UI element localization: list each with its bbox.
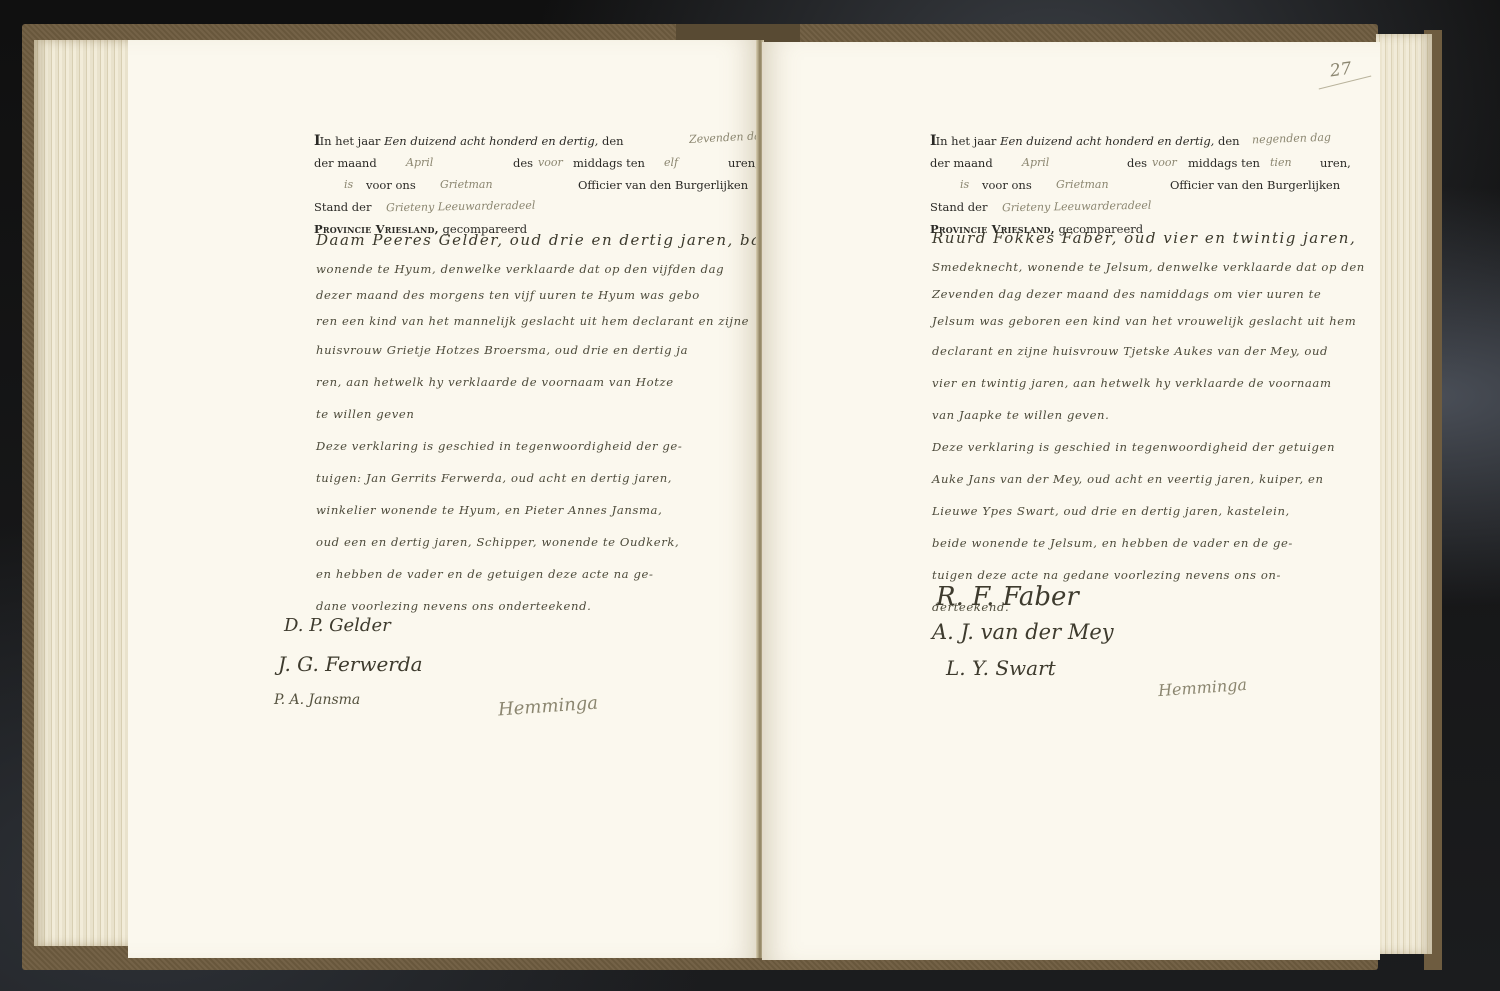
signature-father: R. F. Faber xyxy=(936,582,1079,612)
body-line: Zevenden dag dezer maand des namiddags o… xyxy=(932,281,1372,308)
body-line: huisvrouw Grietje Hotzes Broersma, oud d… xyxy=(316,334,776,366)
body-line: beide wonende te Jelsum, en hebben de va… xyxy=(932,527,1372,559)
left-page: IIn het jaar Een duizend acht honderd en… xyxy=(128,40,758,958)
body-line: oud een en dertig jaren, Schipper, wonen… xyxy=(316,526,776,558)
signature-witness-2: P. A. Jansma xyxy=(274,692,360,708)
body-line: Daam Peeres Gelder, oud drie en dertig j… xyxy=(316,224,776,256)
printed-text: voor ons xyxy=(366,174,416,196)
left-handwritten-body: Daam Peeres Gelder, oud drie en dertig j… xyxy=(316,224,776,622)
body-line: Deze verklaring is geschied in tegenwoor… xyxy=(316,430,776,462)
form-line-month: der maand April des voor middags ten tie… xyxy=(930,152,1350,174)
form-line-official: is voor ons Grietman Officier van den Bu… xyxy=(314,174,766,196)
signature-witness-2: L. Y. Swart xyxy=(946,656,1056,680)
signature-witness-1: J. G. Ferwerda xyxy=(278,652,423,676)
printed-text: den xyxy=(1218,134,1240,148)
body-line: winkelier wonende te Hyum, en Pieter Ann… xyxy=(316,494,776,526)
printed-text: uren, xyxy=(1320,152,1351,174)
handwritten-is: is xyxy=(960,174,969,196)
right-page: IIn het jaar Een duizend acht honderd en… xyxy=(762,42,1380,960)
body-line: Jelsum was geboren een kind van het vrou… xyxy=(932,308,1372,335)
handwritten-voor: voor xyxy=(1152,152,1177,174)
body-line: tuigen: Jan Gerrits Ferwerda, oud acht e… xyxy=(316,462,776,494)
right-page-stack xyxy=(1376,34,1432,954)
handwritten-month: April xyxy=(1022,152,1049,174)
printed-text: der maand xyxy=(314,156,377,170)
body-line: ren een kind van het mannelijk geslacht … xyxy=(316,308,776,334)
handwritten-hour: elf xyxy=(664,152,678,174)
body-line: Lieuwe Ypes Swart, oud drie en dertig ja… xyxy=(932,495,1372,527)
printed-text: voor ons xyxy=(982,174,1032,196)
form-line-stand: Stand der Grieteny Leeuwarderadeel xyxy=(930,196,1350,218)
body-line: Deze verklaring is geschied in tegenwoor… xyxy=(932,431,1372,463)
body-line: dezer maand des morgens ten vijf uuren t… xyxy=(316,282,776,308)
handwritten-official: Grietman xyxy=(1056,174,1109,196)
handwritten-official: Grietman xyxy=(440,174,493,196)
printed-text: Officier van den Burgerlijken xyxy=(1170,174,1340,196)
body-line: declarant en zijne huisvrouw Tjetske Auk… xyxy=(932,335,1372,367)
signature-official: Hemminga xyxy=(1157,675,1247,700)
body-line: en hebben de vader en de getuigen deze a… xyxy=(316,558,776,590)
printed-text: Stand der xyxy=(314,200,371,214)
printed-text: des xyxy=(513,152,533,174)
printed-year: Een duizend acht honderd en dertig, xyxy=(384,134,598,148)
handwritten-is: is xyxy=(344,174,353,196)
body-line: te willen geven xyxy=(316,398,776,430)
handwritten-month: April xyxy=(406,152,433,174)
body-line: ren, aan hetwelk hy verklaarde de voorna… xyxy=(316,366,776,398)
body-line: Smedeknecht, wonende te Jelsum, denwelke… xyxy=(932,254,1372,281)
page-number: 27 xyxy=(1329,59,1353,82)
printed-text: den xyxy=(602,134,624,148)
form-line-year: IIn het jaar Een duizend acht honderd en… xyxy=(314,130,766,152)
printed-text: middags ten xyxy=(573,152,645,174)
printed-text: des xyxy=(1127,152,1147,174)
right-handwritten-body: Ruurd Fokkes Faber, oud vier en twintig … xyxy=(932,222,1372,623)
printed-text: middags ten xyxy=(1188,152,1260,174)
printed-text: uren, xyxy=(728,152,759,174)
form-line-month: der maand April des voor middags ten elf… xyxy=(314,152,766,174)
form-line-stand: Stand der Grieteny Leeuwarderadeel xyxy=(314,196,766,218)
body-line: Ruurd Fokkes Faber, oud vier en twintig … xyxy=(932,222,1372,254)
printed-text: In het jaar xyxy=(320,134,381,148)
body-line: wonende te Hyum, denwelke verklaarde dat… xyxy=(316,256,776,282)
body-line: Auke Jans van der Mey, oud acht en veert… xyxy=(932,463,1372,495)
handwritten-hour: tien xyxy=(1270,152,1292,174)
printed-text: der maand xyxy=(930,156,993,170)
signature-witness-1: A. J. van der Mey xyxy=(932,620,1114,644)
signature-father: D. P. Gelder xyxy=(284,615,391,636)
handwritten-day: negenden dag xyxy=(1252,127,1332,152)
signature-official: Hemminga xyxy=(497,693,598,721)
printed-year: Een duizend acht honderd en dertig, xyxy=(1000,134,1214,148)
body-line: van Jaapke te willen geven. xyxy=(932,399,1372,431)
printed-text: Stand der xyxy=(930,200,987,214)
printed-text: In het jaar xyxy=(936,134,997,148)
handwritten-voor: voor xyxy=(538,152,563,174)
body-line: vier en twintig jaren, aan hetwelk hy ve… xyxy=(932,367,1372,399)
handwritten-place: Grieteny Leeuwarderadeel xyxy=(386,195,536,220)
form-line-official: is voor ons Grietman Officier van den Bu… xyxy=(930,174,1350,196)
printed-text: Officier van den Burgerlijken xyxy=(578,174,748,196)
handwritten-place: Grieteny Leeuwarderadeel xyxy=(1002,195,1152,220)
form-line-year: IIn het jaar Een duizend acht honderd en… xyxy=(930,130,1350,152)
